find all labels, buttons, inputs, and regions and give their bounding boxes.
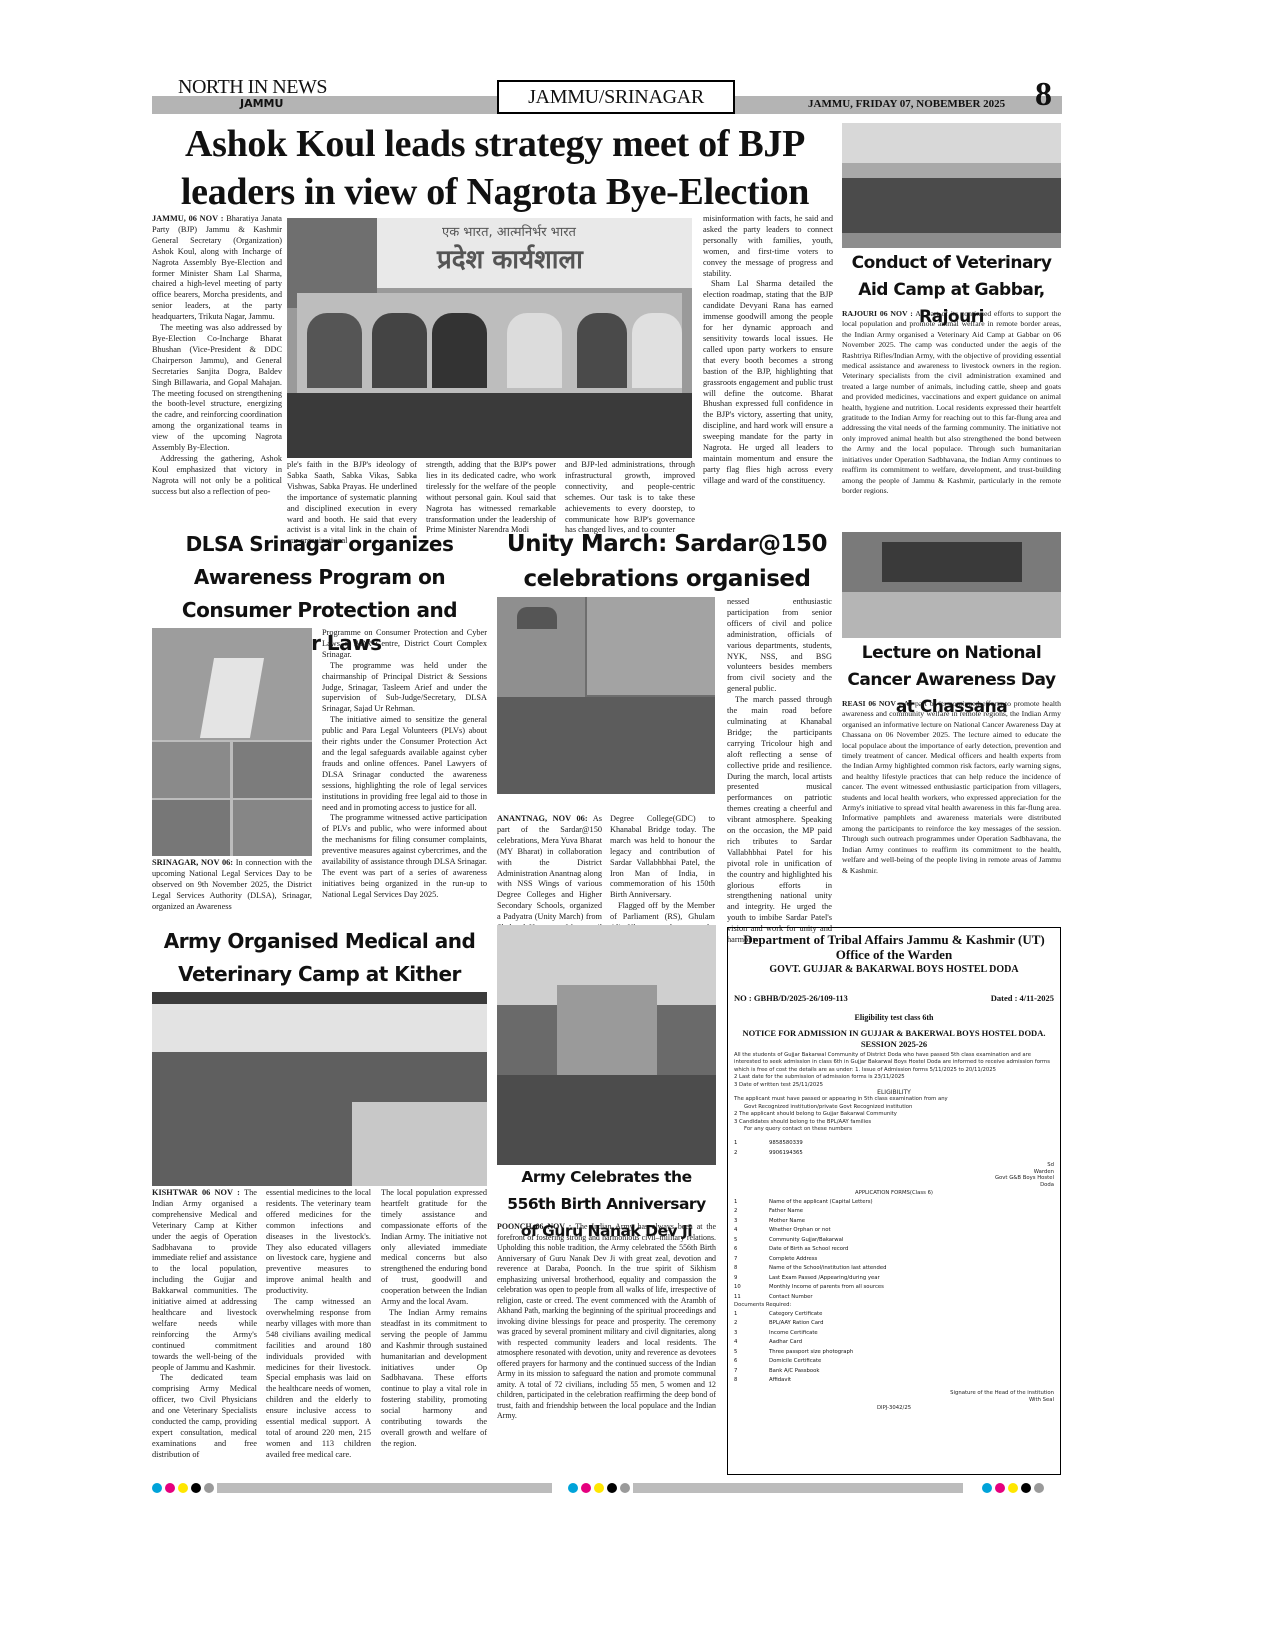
notice-footer-signature: Signature of the Head of the institution… <box>944 1390 1054 1405</box>
notice-docs-heading: Documents Required: <box>734 1302 1054 1309</box>
register-marks-left <box>152 1482 552 1494</box>
photo-banner-line1: एक भारत, आत्मनिर्भर भारत <box>442 222 576 240</box>
photo-vet-camp-gabbar <box>842 123 1061 248</box>
unity-col3: nessed enthusiastic participation from s… <box>727 597 832 946</box>
black-mark-icon <box>607 1483 617 1493</box>
document-item: 7Bank A/C Passbook <box>734 1367 1054 1377</box>
lead-dateline: JAMMU, 06 NOV : <box>152 214 223 223</box>
notice-title: NOTICE FOR ADMISSION IN GUJJAR & BAKERWA… <box>734 1028 1054 1050</box>
register-marks-right <box>982 1482 1044 1494</box>
photo-cancer-lecture <box>842 532 1061 638</box>
gurunanak-body: POONCH 06 NOV : The Indian Army has alwa… <box>497 1222 716 1422</box>
form-field: 8Name of the School/institution last att… <box>734 1264 1054 1274</box>
lead-story-col1: JAMMU, 06 NOV : Bharatiya Janata Party (… <box>152 214 282 498</box>
form-field: 5Community Gujjar/Bakarwal <box>734 1236 1054 1246</box>
photo-dlsa-collage <box>152 628 312 856</box>
notice-phone: 19858580339 <box>734 1139 1054 1149</box>
magenta-mark-icon <box>581 1483 591 1493</box>
yellow-mark-icon <box>1008 1483 1018 1493</box>
form-field: 10Monthly Income of parents from all sou… <box>734 1283 1054 1293</box>
lead-story-col5: misinformation with facts, he said and a… <box>703 214 833 487</box>
cyan-mark-icon <box>568 1483 578 1493</box>
grey-rule <box>217 1483 552 1493</box>
kither-col2: essential medicines to the local residen… <box>266 1188 371 1461</box>
black-mark-icon <box>191 1483 201 1493</box>
lead-story-col4: and BJP-led administrations, through inf… <box>565 460 695 536</box>
photo-unity-march <box>497 597 715 794</box>
cyan-mark-icon <box>152 1483 162 1493</box>
form-field: 7Complete Address <box>734 1255 1054 1265</box>
form-field: 6Date of Birth as School record <box>734 1245 1054 1255</box>
dlsa-col2: Programme on Consumer Protection and Cyb… <box>322 628 487 901</box>
lead-photo-workshop: एक भारत, आत्मनिर्भर भारत प्रदेश कार्यशाल… <box>287 218 692 458</box>
grey-mark-icon <box>204 1483 214 1493</box>
black-mark-icon <box>1021 1483 1031 1493</box>
lead-headline: Ashok Koul leads strategy meet of BJP le… <box>150 120 840 216</box>
edition-label: JAMMU <box>240 97 283 110</box>
document-item: 5Three passport size photograph <box>734 1348 1054 1358</box>
cyan-mark-icon <box>982 1483 992 1493</box>
form-field: 4Whether Orphan or not <box>734 1226 1054 1236</box>
form-field: 1Name of the applicant (Capital Letters) <box>734 1198 1054 1208</box>
notice-dated: Dated : 4/11-2025 <box>991 993 1054 1003</box>
kither-col3: The local population expressed heartfelt… <box>381 1188 487 1450</box>
form-field: 3Mother Name <box>734 1217 1054 1227</box>
cancer-body: REASI 06 NOV : As part of its continued … <box>842 699 1061 876</box>
kither-headline: Army Organised Medical and Veterinary Ca… <box>152 925 487 991</box>
kither-col1: KISHTWAR 06 NOV : The Indian Army organi… <box>152 1188 257 1461</box>
document-item: 3Income Certificate <box>734 1329 1054 1339</box>
vet-camp-body: RAJOURI 06 NOV : As part of its continue… <box>842 309 1061 496</box>
magenta-mark-icon <box>165 1483 175 1493</box>
yellow-mark-icon <box>594 1483 604 1493</box>
notice-intro: All the students of Gujjar Bakarwal Comm… <box>734 1052 1054 1074</box>
document-item: 1Category Certificate <box>734 1310 1054 1320</box>
notice-dept: Department of Tribal Affairs Jammu & Kas… <box>734 932 1054 947</box>
form-field: 2Father Name <box>734 1207 1054 1217</box>
magenta-mark-icon <box>995 1483 1005 1493</box>
dlsa-col1: SRINAGAR, NOV 06: In connection with the… <box>152 858 312 913</box>
notice-date-1: 2 Last date for the submission of admiss… <box>734 1074 1054 1081</box>
notice-eligibility-test: Eligibility test class 6th <box>734 1013 1054 1022</box>
notice-phone: 29906194365 <box>734 1149 1054 1159</box>
register-marks-center <box>568 1482 963 1494</box>
issue-dateline: JAMMU, FRIDAY 07, NOBEMBER 2025 <box>808 98 1005 110</box>
notice-hostel: GOVT. GUJJAR & BAKARWAL BOYS HOSTEL DODA <box>734 964 1054 975</box>
notice-eligibility-heading: ELIGIBILITY <box>734 1089 1054 1096</box>
notice-dipr-number: DIPJ-3042/25 <box>734 1405 1054 1412</box>
notice-signature-block: Sd Warden Govt G&B Boys Hostel Doda <box>734 1162 1054 1188</box>
notice-form-heading: APPLICATION FORMS(Class 6) <box>734 1190 1054 1197</box>
form-field: 9Last Exam Passed /Appearing/during year <box>734 1274 1054 1284</box>
document-item: 6Domicile Certificate <box>734 1357 1054 1367</box>
yellow-mark-icon <box>178 1483 188 1493</box>
document-item: 2BPL/AAY Ration Card <box>734 1319 1054 1329</box>
document-item: 4Aadhar Card <box>734 1338 1054 1348</box>
notice-office: Office of the Warden <box>734 947 1054 962</box>
section-label: JAMMU/SRINAGAR <box>497 80 735 114</box>
govt-admission-notice: Department of Tribal Affairs Jammu & Kas… <box>727 927 1061 1475</box>
notice-ref-no: NO : GBHB/D/2025-26/109-113 <box>734 993 848 1003</box>
lead-story-col3: strength, adding that the BJP's power li… <box>426 460 556 536</box>
photo-kither-camp <box>152 992 487 1186</box>
document-item: 8Affidavit <box>734 1376 1054 1386</box>
paper-name: NORTH IN NEWS <box>178 76 327 99</box>
photo-gurunanak-celebration <box>497 925 716 1165</box>
grey-mark-icon <box>620 1483 630 1493</box>
grey-mark-icon <box>1034 1483 1044 1493</box>
form-field: 11Contact Number <box>734 1293 1054 1303</box>
photo-banner-line2: प्रदेश कार्यशाला <box>437 240 583 276</box>
notice-date-2: 3 Date of written test 25/11/2025 <box>734 1082 1054 1089</box>
grey-rule <box>633 1483 963 1493</box>
unity-headline: Unity March: Sardar@150 celebrations org… <box>497 527 837 597</box>
page-number: 8 <box>1035 76 1052 114</box>
